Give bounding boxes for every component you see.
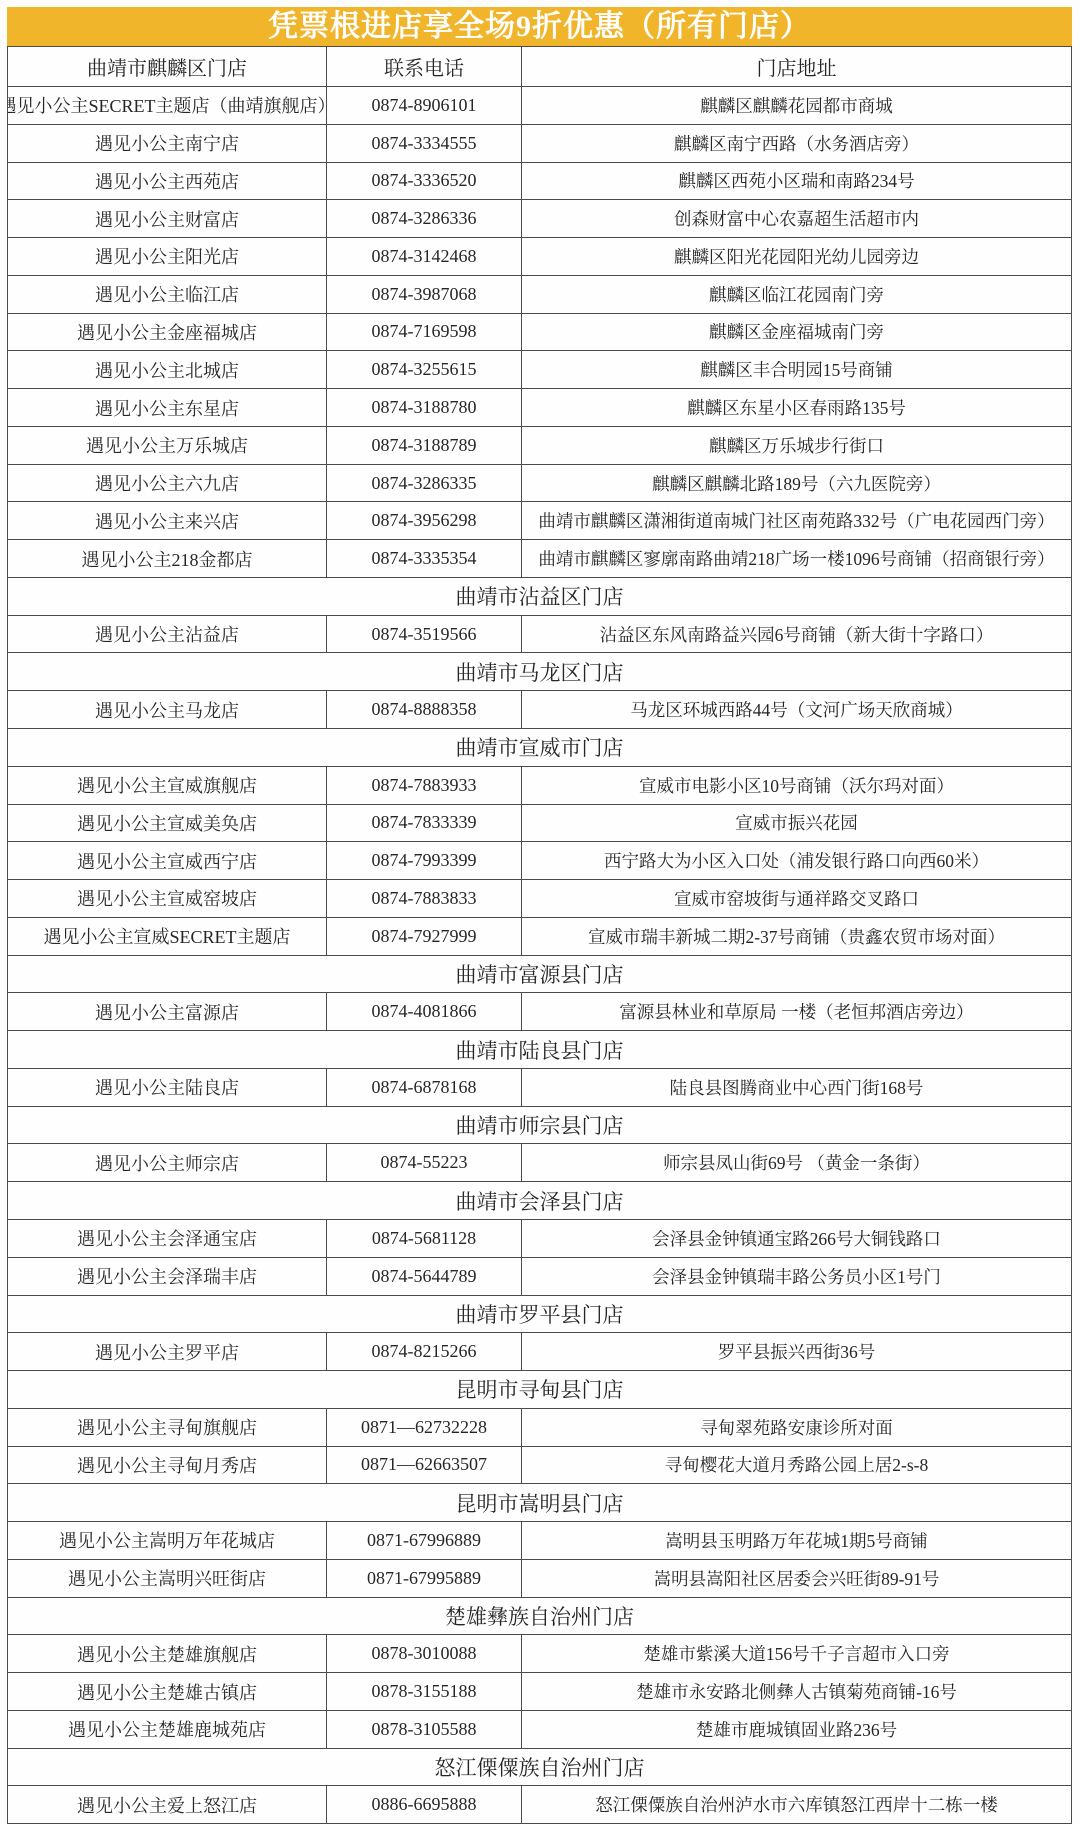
- address-cell: 曲靖市麒麟区寥廓南路曲靖218广场一楼1096号商铺（招商银行旁）: [521, 540, 1071, 577]
- section-banner-row: 曲靖市沾益区门店: [8, 577, 1071, 615]
- store-name-cell: 遇见小公主宣威美奂店: [8, 805, 326, 842]
- address-cell: 麒麟区金座福城南门旁: [521, 314, 1071, 351]
- store-row: 遇见小公主楚雄旗舰店0878-3010088楚雄市紫溪大道156号千子言超市入口…: [8, 1634, 1071, 1672]
- phone-cell: 0874-4081866: [326, 993, 521, 1030]
- table-header-row: 曲靖市麒麟区门店 联系电话 门店地址: [8, 46, 1071, 86]
- store-row: 遇见小公主六九店0874-3286335麒麟区麒麟北路189号（六九医院旁）: [8, 464, 1071, 502]
- phone-cell: 0874-3255615: [326, 351, 521, 388]
- store-name-cell: 遇见小公主临江店: [8, 276, 326, 313]
- phone-cell: 0874-8906101: [326, 87, 521, 124]
- store-name-cell: 遇见小公主阳光店: [8, 238, 326, 275]
- address-cell: 麒麟区东星小区春雨路135号: [521, 389, 1071, 426]
- section-banner-row: 曲靖市马龙区门店: [8, 652, 1071, 690]
- store-row: 遇见小公主宣威美奂店0874-7833339宣威市振兴花园: [8, 804, 1071, 842]
- address-cell: 麒麟区南宁西路（水务酒店旁）: [521, 125, 1071, 162]
- phone-cell: 0874-3142468: [326, 238, 521, 275]
- address-cell: 楚雄市紫溪大道156号千子言超市入口旁: [521, 1635, 1071, 1672]
- store-name-cell: 遇见小公主会泽瑞丰店: [8, 1258, 326, 1295]
- address-cell: 嵩明县玉明路万年花城1期5号商铺: [521, 1522, 1071, 1559]
- address-cell: 罗平县振兴西街36号: [521, 1333, 1071, 1370]
- store-name-cell: 遇见小公主宣威SECRET主题店: [8, 918, 326, 955]
- store-name-cell: 遇见小公主陆良店: [8, 1069, 326, 1106]
- store-row: 遇见小公主金座福城店0874-7169598麒麟区金座福城南门旁: [8, 313, 1071, 351]
- phone-cell: 0878-3155188: [326, 1673, 521, 1710]
- section-banner-row: 曲靖市陆良县门店: [8, 1030, 1071, 1068]
- phone-cell: 0871-67996889: [326, 1522, 521, 1559]
- address-cell: 楚雄市鹿城镇固业路236号: [521, 1711, 1071, 1748]
- section-banner-row: 曲靖市会泽县门店: [8, 1181, 1071, 1219]
- store-name-cell: 遇见小公主宣威西宁店: [8, 842, 326, 879]
- store-name-cell: 遇见小公主六九店: [8, 465, 326, 502]
- address-cell: 沾益区东风南路益兴园6号商铺（新大街十字路口）: [521, 616, 1071, 653]
- store-row: 遇见小公主SECRET主题店（曲靖旗舰店）0874-8906101麒麟区麒麟花园…: [8, 86, 1071, 124]
- address-cell: 寻甸翠苑路安康诊所对面: [521, 1409, 1071, 1446]
- phone-cell: 0874-3188789: [326, 427, 521, 464]
- store-name-cell: 遇见小公主楚雄古镇店: [8, 1673, 326, 1710]
- address-cell: 宣威市电影小区10号商铺（沃尔玛对面）: [521, 767, 1071, 804]
- phone-cell: 0874-7883833: [326, 880, 521, 917]
- table-body: 遇见小公主SECRET主题店（曲靖旗舰店）0874-8906101麒麟区麒麟花园…: [8, 86, 1071, 1823]
- address-cell: 富源县林业和草原局 一楼（老恒邦酒店旁边）: [521, 993, 1071, 1030]
- store-row: 遇见小公主爱上怒江店0886-6695888怒江傈僳族自治州泸水市六库镇怒江西岸…: [8, 1785, 1071, 1823]
- store-row: 遇见小公主师宗店0874-55223师宗县凤山街69号 （黄金一条街）: [8, 1143, 1071, 1181]
- header-phone-column: 联系电话: [326, 47, 521, 86]
- address-cell: 创森财富中心农嘉超生活超市内: [521, 200, 1071, 237]
- store-row: 遇见小公主财富店0874-3286336创森财富中心农嘉超生活超市内: [8, 199, 1071, 237]
- store-name-cell: 遇见小公主北城店: [8, 351, 326, 388]
- store-row: 遇见小公主马龙店0874-8888358马龙区环城西路44号（文河广场天欣商城）: [8, 690, 1071, 728]
- address-cell: 麒麟区西苑小区瑞和南路234号: [521, 163, 1071, 200]
- header-store-column: 曲靖市麒麟区门店: [8, 47, 326, 86]
- store-name-cell: 遇见小公主寻甸月秀店: [8, 1447, 326, 1484]
- store-row: 遇见小公主宣威旗舰店0874-7883933宣威市电影小区10号商铺（沃尔玛对面…: [8, 766, 1071, 804]
- address-cell: 师宗县凤山街69号 （黄金一条街）: [521, 1144, 1071, 1181]
- address-cell: 麒麟区丰合明园15号商铺: [521, 351, 1071, 388]
- section-banner-row: 曲靖市宣威市门店: [8, 728, 1071, 766]
- address-cell: 宣威市窑坡街与通祥路交叉路口: [521, 880, 1071, 917]
- phone-cell: 0874-5681128: [326, 1220, 521, 1257]
- store-name-cell: 遇见小公主SECRET主题店（曲靖旗舰店）: [8, 87, 326, 124]
- phone-cell: 0886-6695888: [326, 1786, 521, 1823]
- phone-cell: 0871—62732228: [326, 1409, 521, 1446]
- store-name-cell: 遇见小公主218金都店: [8, 540, 326, 577]
- phone-cell: 0874-3336520: [326, 163, 521, 200]
- store-row: 遇见小公主宣威窑坡店0874-7883833宣威市窑坡街与通祥路交叉路口: [8, 879, 1071, 917]
- store-name-cell: 遇见小公主爱上怒江店: [8, 1786, 326, 1823]
- section-banner-row: 楚雄彝族自治州门店: [8, 1597, 1071, 1635]
- address-cell: 麒麟区临江花园南门旁: [521, 276, 1071, 313]
- store-list-sheet: 凭票根进店享全场9折优惠（所有门店） 曲靖市麒麟区门店 联系电话 门店地址 遇见…: [7, 7, 1072, 1824]
- section-banner-row: 怒江傈僳族自治州门店: [8, 1748, 1071, 1786]
- phone-cell: 0874-3188780: [326, 389, 521, 426]
- phone-cell: 0878-3105588: [326, 1711, 521, 1748]
- phone-cell: 0874-6878168: [326, 1069, 521, 1106]
- store-row: 遇见小公主来兴店0874-3956298曲靖市麒麟区潇湘街道南城门社区南苑路33…: [8, 501, 1071, 539]
- address-cell: 曲靖市麒麟区潇湘街道南城门社区南苑路332号（广电花园西门旁）: [521, 502, 1071, 539]
- store-row: 遇见小公主北城店0874-3255615麒麟区丰合明园15号商铺: [8, 350, 1071, 388]
- address-cell: 宣威市瑞丰新城二期2-37号商铺（贵鑫农贸市场对面）: [521, 918, 1071, 955]
- store-name-cell: 遇见小公主富源店: [8, 993, 326, 1030]
- phone-cell: 0874-7833339: [326, 805, 521, 842]
- phone-cell: 0878-3010088: [326, 1635, 521, 1672]
- store-row: 遇见小公主万乐城店0874-3188789麒麟区万乐城步行街口: [8, 426, 1071, 464]
- store-name-cell: 遇见小公主沾益店: [8, 616, 326, 653]
- store-name-cell: 遇见小公主金座福城店: [8, 314, 326, 351]
- store-name-cell: 遇见小公主楚雄旗舰店: [8, 1635, 326, 1672]
- store-row: 遇见小公主宣威西宁店0874-7993399西宁路大为小区入口处（浦发银行路口向…: [8, 841, 1071, 879]
- store-name-cell: 遇见小公主会泽通宝店: [8, 1220, 326, 1257]
- phone-cell: 0874-8215266: [326, 1333, 521, 1370]
- phone-cell: 0874-55223: [326, 1144, 521, 1181]
- store-name-cell: 遇见小公主嵩明兴旺街店: [8, 1560, 326, 1597]
- phone-cell: 0874-5644789: [326, 1258, 521, 1295]
- address-cell: 楚雄市永安路北侧彝人古镇菊苑商铺-16号: [521, 1673, 1071, 1710]
- store-row: 遇见小公主沾益店0874-3519566沾益区东风南路益兴园6号商铺（新大街十字…: [8, 615, 1071, 653]
- phone-cell: 0874-8888358: [326, 691, 521, 728]
- address-cell: 寻甸樱花大道月秀路公园上居2-s-8: [521, 1447, 1071, 1484]
- section-banner-row: 昆明市嵩明县门店: [8, 1483, 1071, 1521]
- address-cell: 会泽县金钟镇通宝路266号大铜钱路口: [521, 1220, 1071, 1257]
- phone-cell: 0874-7927999: [326, 918, 521, 955]
- phone-cell: 0871—62663507: [326, 1447, 521, 1484]
- phone-cell: 0871-67995889: [326, 1560, 521, 1597]
- store-row: 遇见小公主嵩明万年花城店0871-67996889嵩明县玉明路万年花城1期5号商…: [8, 1521, 1071, 1559]
- address-cell: 会泽县金钟镇瑞丰路公务员小区1号门: [521, 1258, 1071, 1295]
- phone-cell: 0874-3335354: [326, 540, 521, 577]
- store-row: 遇见小公主临江店0874-3987068麒麟区临江花园南门旁: [8, 275, 1071, 313]
- phone-cell: 0874-3987068: [326, 276, 521, 313]
- store-row: 遇见小公主南宁店0874-3334555麒麟区南宁西路（水务酒店旁）: [8, 124, 1071, 162]
- phone-cell: 0874-3956298: [326, 502, 521, 539]
- address-cell: 陆良县图腾商业中心西门街168号: [521, 1069, 1071, 1106]
- section-banner-row: 曲靖市师宗县门店: [8, 1106, 1071, 1144]
- address-cell: 麒麟区麒麟北路189号（六九医院旁）: [521, 465, 1071, 502]
- store-row: 遇见小公主东星店0874-3188780麒麟区东星小区春雨路135号: [8, 388, 1071, 426]
- address-cell: 麒麟区麒麟花园都市商城: [521, 87, 1071, 124]
- phone-cell: 0874-3519566: [326, 616, 521, 653]
- store-name-cell: 遇见小公主来兴店: [8, 502, 326, 539]
- store-row: 遇见小公主寻甸旗舰店0871—62732228寻甸翠苑路安康诊所对面: [8, 1408, 1071, 1446]
- store-row: 遇见小公主富源店0874-4081866富源县林业和草原局 一楼（老恒邦酒店旁边…: [8, 992, 1071, 1030]
- phone-cell: 0874-3286335: [326, 465, 521, 502]
- section-banner-row: 昆明市寻甸县门店: [8, 1370, 1071, 1408]
- store-row: 遇见小公主218金都店0874-3335354曲靖市麒麟区寥廓南路曲靖218广场…: [8, 539, 1071, 577]
- phone-cell: 0874-3334555: [326, 125, 521, 162]
- store-row: 遇见小公主阳光店0874-3142468麒麟区阳光花园阳光幼儿园旁边: [8, 237, 1071, 275]
- phone-cell: 0874-7883933: [326, 767, 521, 804]
- store-name-cell: 遇见小公主南宁店: [8, 125, 326, 162]
- address-cell: 麒麟区万乐城步行街口: [521, 427, 1071, 464]
- address-cell: 嵩明县嵩阳社区居委会兴旺街89-91号: [521, 1560, 1071, 1597]
- store-name-cell: 遇见小公主宣威旗舰店: [8, 767, 326, 804]
- store-row: 遇见小公主楚雄鹿城苑店0878-3105588楚雄市鹿城镇固业路236号: [8, 1710, 1071, 1748]
- store-name-cell: 遇见小公主马龙店: [8, 691, 326, 728]
- address-cell: 西宁路大为小区入口处（浦发银行路口向西60米）: [521, 842, 1071, 879]
- store-row: 遇见小公主楚雄古镇店0878-3155188楚雄市永安路北侧彝人古镇菊苑商铺-1…: [8, 1672, 1071, 1710]
- store-row: 遇见小公主会泽通宝店0874-5681128会泽县金钟镇通宝路266号大铜钱路口: [8, 1219, 1071, 1257]
- phone-cell: 0874-7993399: [326, 842, 521, 879]
- store-row: 遇见小公主会泽瑞丰店0874-5644789会泽县金钟镇瑞丰路公务员小区1号门: [8, 1257, 1071, 1295]
- store-name-cell: 遇见小公主嵩明万年花城店: [8, 1522, 326, 1559]
- header-address-column: 门店地址: [521, 47, 1071, 86]
- store-name-cell: 遇见小公主寻甸旗舰店: [8, 1409, 326, 1446]
- promo-title-banner: 凭票根进店享全场9折优惠（所有门店）: [7, 7, 1072, 46]
- phone-cell: 0874-3286336: [326, 200, 521, 237]
- store-row: 遇见小公主西苑店0874-3336520麒麟区西苑小区瑞和南路234号: [8, 162, 1071, 200]
- address-cell: 宣威市振兴花园: [521, 805, 1071, 842]
- store-row: 遇见小公主寻甸月秀店0871—62663507寻甸樱花大道月秀路公园上居2-s-…: [8, 1446, 1071, 1484]
- store-name-cell: 遇见小公主财富店: [8, 200, 326, 237]
- store-row: 遇见小公主陆良店0874-6878168陆良县图腾商业中心西门街168号: [8, 1068, 1071, 1106]
- address-cell: 怒江傈僳族自治州泸水市六库镇怒江西岸十二栋一楼: [521, 1786, 1071, 1823]
- store-name-cell: 遇见小公主东星店: [8, 389, 326, 426]
- address-cell: 马龙区环城西路44号（文河广场天欣商城）: [521, 691, 1071, 728]
- store-table: 曲靖市麒麟区门店 联系电话 门店地址 遇见小公主SECRET主题店（曲靖旗舰店）…: [7, 46, 1072, 1824]
- phone-cell: 0874-7169598: [326, 314, 521, 351]
- store-name-cell: 遇见小公主西苑店: [8, 163, 326, 200]
- section-banner-row: 曲靖市富源县门店: [8, 955, 1071, 993]
- store-name-cell: 遇见小公主万乐城店: [8, 427, 326, 464]
- store-row: 遇见小公主罗平店0874-8215266罗平县振兴西街36号: [8, 1332, 1071, 1370]
- address-cell: 麒麟区阳光花园阳光幼儿园旁边: [521, 238, 1071, 275]
- section-banner-row: 曲靖市罗平县门店: [8, 1295, 1071, 1333]
- store-row: 遇见小公主嵩明兴旺街店0871-67995889嵩明县嵩阳社区居委会兴旺街89-…: [8, 1559, 1071, 1597]
- store-name-cell: 遇见小公主楚雄鹿城苑店: [8, 1711, 326, 1748]
- store-name-cell: 遇见小公主师宗店: [8, 1144, 326, 1181]
- store-name-cell: 遇见小公主罗平店: [8, 1333, 326, 1370]
- store-row: 遇见小公主宣威SECRET主题店0874-7927999宣威市瑞丰新城二期2-3…: [8, 917, 1071, 955]
- store-name-cell: 遇见小公主宣威窑坡店: [8, 880, 326, 917]
